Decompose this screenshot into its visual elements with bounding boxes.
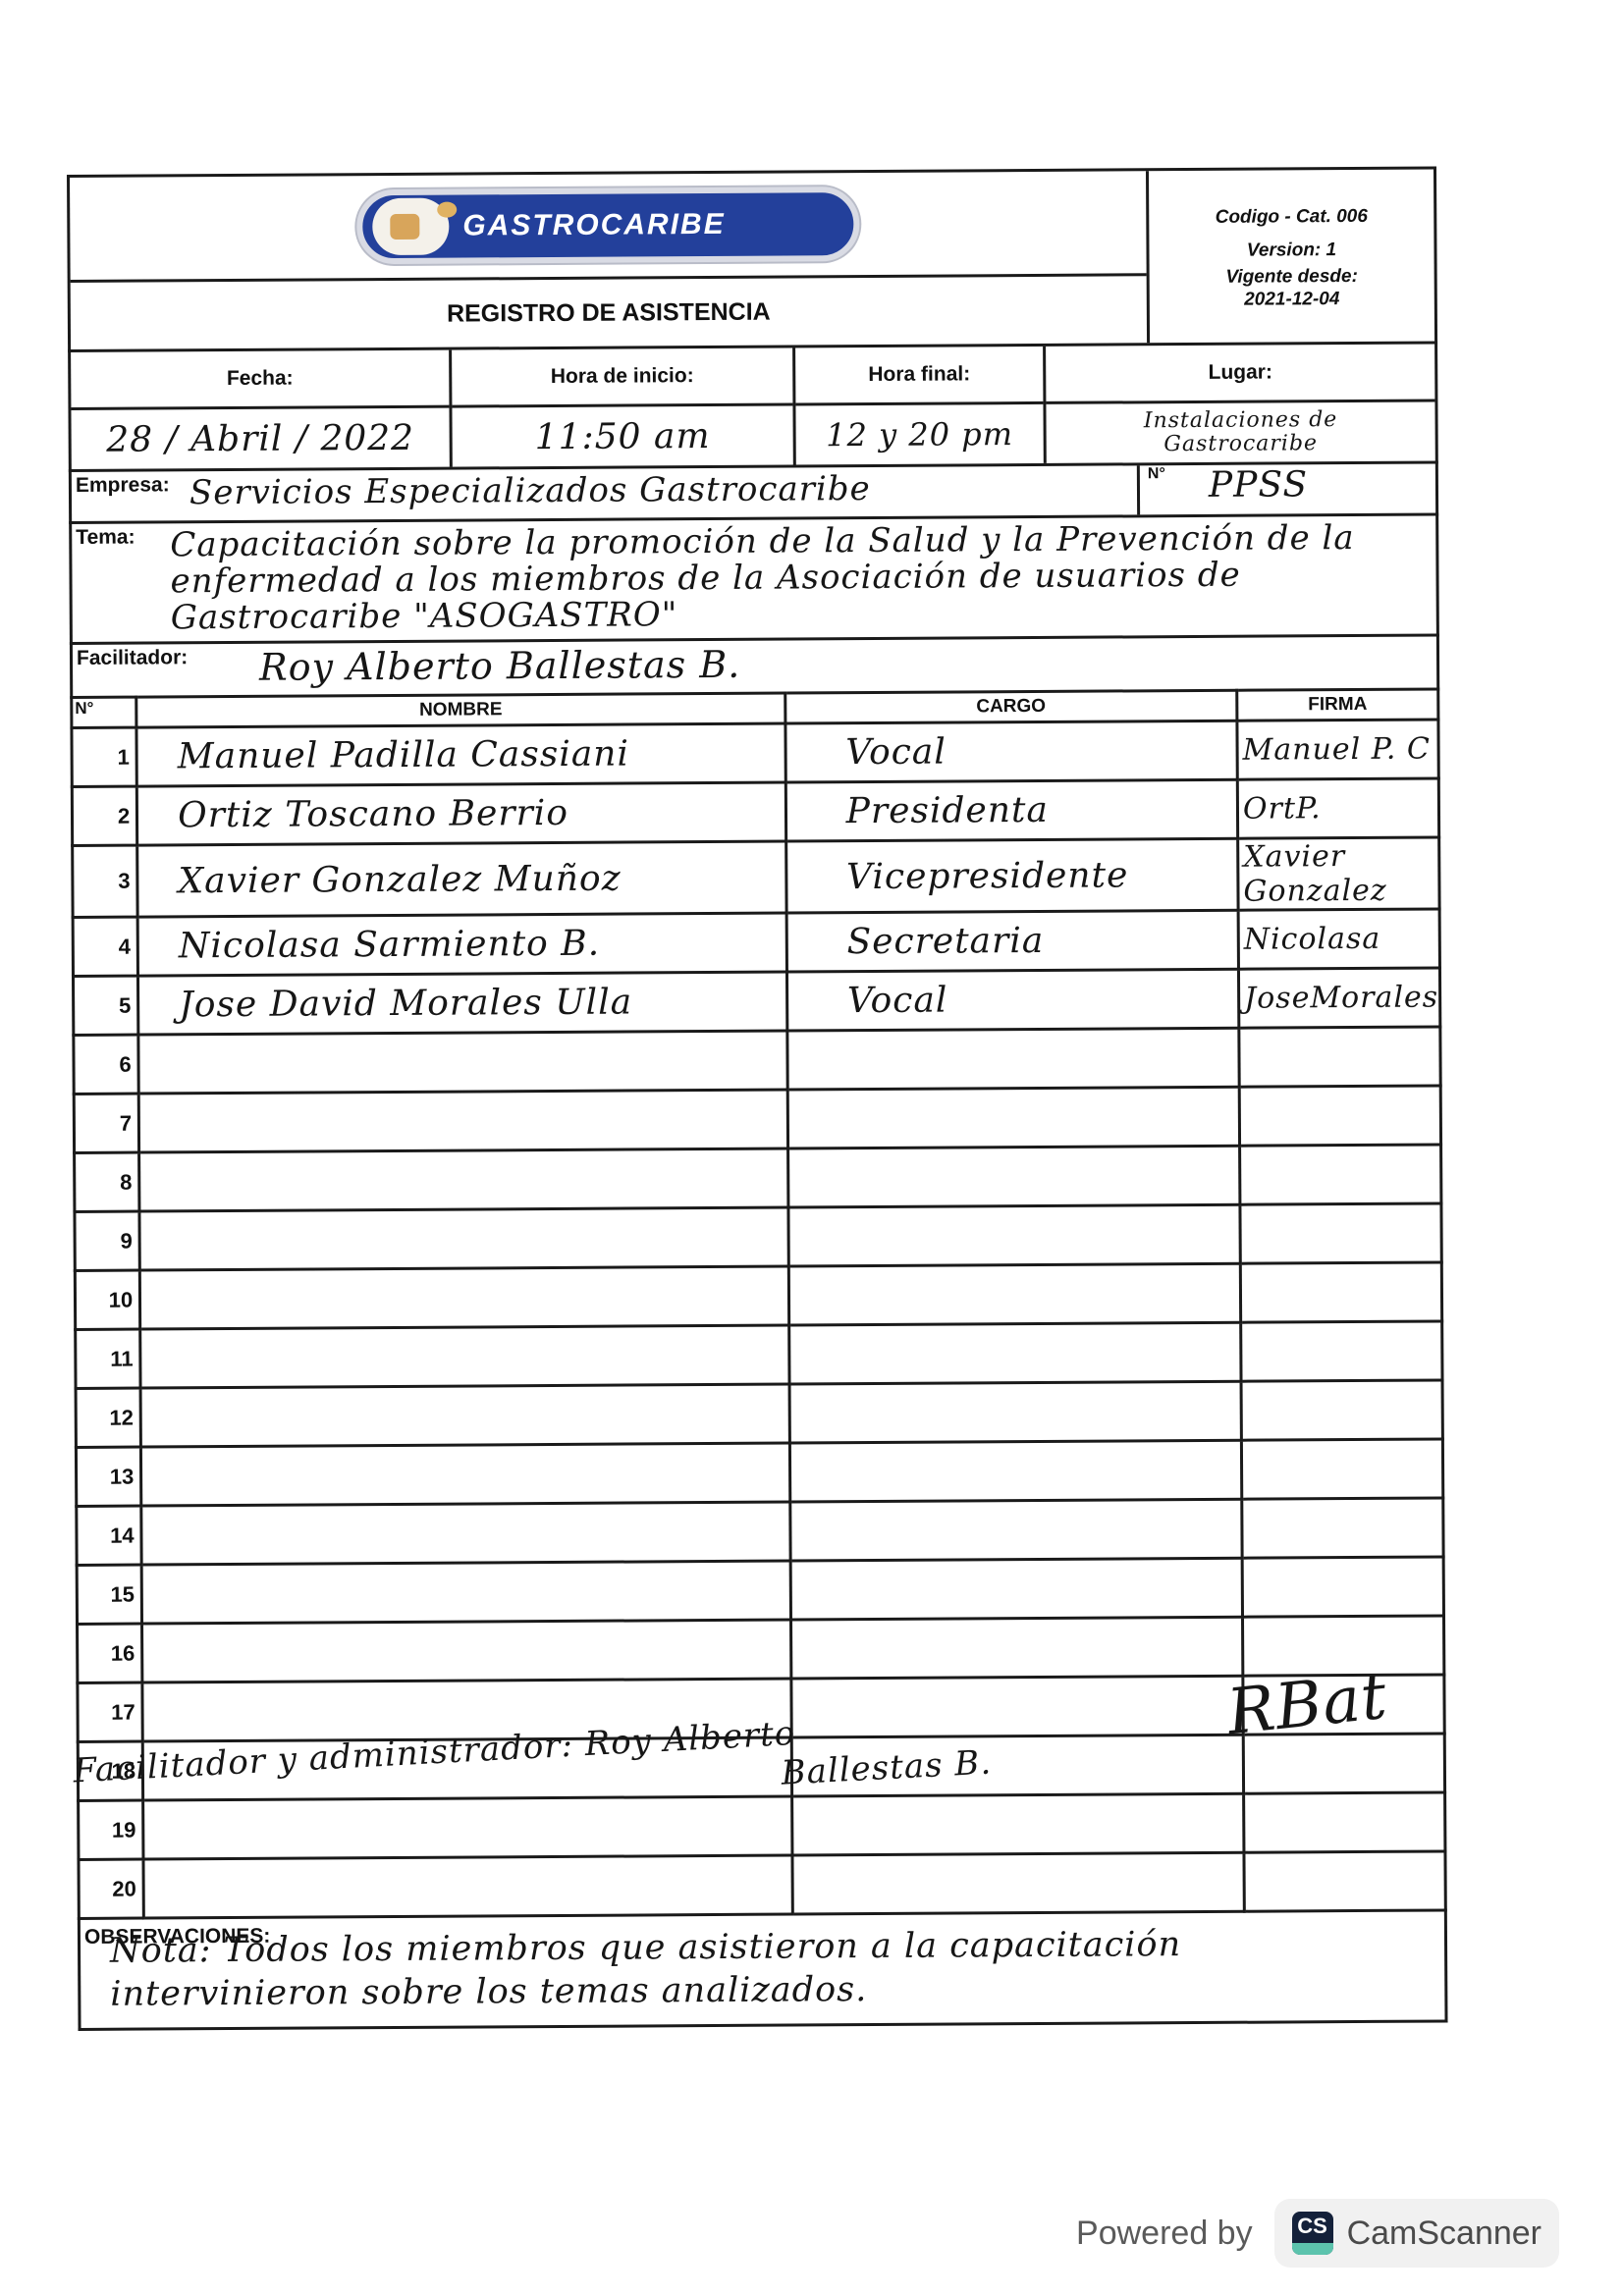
cargo-cell[interactable]	[788, 1263, 1241, 1325]
nombre-cell[interactable]	[139, 1148, 788, 1211]
table-row: 9	[75, 1203, 1441, 1271]
cargo-cell[interactable]: Vicepresidente	[785, 838, 1238, 913]
row-number: 15	[77, 1565, 142, 1624]
nombre-cell[interactable]	[139, 1266, 788, 1329]
row-number: 2	[72, 786, 137, 845]
empresa-row: Empresa: Servicios Especializados Gastro…	[69, 460, 1438, 521]
row-number: 20	[79, 1859, 144, 1918]
powered-by-text: Powered by	[1076, 2215, 1253, 2253]
nombre-cell[interactable]	[141, 1443, 790, 1506]
logo-row: GASTROCARIBE	[70, 171, 1147, 283]
cargo-cell[interactable]: Secretaria	[786, 910, 1239, 972]
row-number: 8	[75, 1152, 140, 1211]
table-row: 15	[77, 1557, 1443, 1625]
firma-cell[interactable]: Manuel P. C	[1237, 720, 1438, 779]
cargo-cell[interactable]	[790, 1558, 1243, 1620]
codigo: Codigo - Cat. 006	[1216, 200, 1368, 234]
empresa-label: Empresa:	[72, 471, 174, 500]
table-row: 6	[74, 1027, 1440, 1095]
camscanner-logo-icon: CS	[1292, 2212, 1333, 2255]
row-number: 11	[76, 1329, 141, 1388]
nombre-cell[interactable]	[140, 1384, 789, 1447]
col-num: N°	[72, 697, 136, 727]
camscanner-name: CamScanner	[1347, 2215, 1542, 2253]
table-row: 7	[74, 1086, 1440, 1153]
nombre-cell[interactable]: Manuel Padilla Cassiani	[136, 723, 785, 786]
logo-emblem-icon	[372, 198, 449, 255]
form-metadata: Codigo - Cat. 006 Version: 1 Vigente des…	[1149, 169, 1434, 343]
firma-cell[interactable]: Nicolasa	[1238, 909, 1439, 969]
nombre-cell[interactable]: Ortiz Toscano Berrio	[136, 782, 785, 845]
row-number: 13	[76, 1447, 141, 1506]
session-info: Fecha: 28 / Abril / 2022 Hora de inicio:…	[68, 341, 1438, 469]
cargo-cell[interactable]	[789, 1381, 1242, 1443]
row-number: 10	[75, 1270, 140, 1329]
nombre-cell[interactable]	[142, 1620, 791, 1682]
cargo-cell[interactable]	[789, 1499, 1242, 1561]
row-number: 3	[73, 845, 138, 917]
firma-cell[interactable]	[1241, 1380, 1442, 1440]
row-number: 14	[77, 1506, 142, 1565]
cargo-cell[interactable]: Vocal	[785, 721, 1238, 782]
row-number: 16	[78, 1624, 143, 1682]
row-number: 12	[76, 1388, 141, 1447]
firma-cell[interactable]: Xavier Gonzalez	[1238, 837, 1439, 910]
lugar-field[interactable]: Instalaciones de Gastrocaribe	[1046, 401, 1434, 462]
nombre-cell[interactable]	[138, 1031, 787, 1094]
nombre-cell[interactable]: Xavier Gonzalez Muñoz	[137, 841, 786, 917]
cargo-cell[interactable]	[791, 1793, 1244, 1855]
gastrocaribe-logo: GASTROCARIBE	[356, 187, 859, 264]
firma-cell[interactable]	[1242, 1557, 1443, 1617]
row-number: 17	[78, 1682, 143, 1741]
fecha-field[interactable]: 28 / Abril / 2022	[71, 408, 449, 469]
nombre-cell[interactable]	[141, 1502, 790, 1565]
cargo-cell[interactable]: Vocal	[786, 969, 1239, 1031]
table-row: 10	[75, 1262, 1441, 1330]
cargo-cell[interactable]	[787, 1087, 1240, 1148]
fecha-label: Fecha:	[71, 350, 449, 410]
firma-cell[interactable]	[1240, 1262, 1441, 1322]
hora-final-field[interactable]: 12 y 20 pm	[795, 404, 1043, 465]
nombre-cell[interactable]: Jose David Morales Ulla	[138, 972, 787, 1035]
lugar-line-2: Gastrocaribe	[1163, 432, 1318, 456]
nombre-cell[interactable]	[138, 1090, 787, 1152]
cargo-cell[interactable]	[787, 1028, 1240, 1090]
cargo-cell[interactable]	[788, 1204, 1241, 1266]
cargo-cell[interactable]	[789, 1440, 1242, 1502]
firma-cell[interactable]	[1242, 1498, 1443, 1558]
tema-row: Tema: Capacitación sobre la promoción de…	[69, 512, 1439, 642]
tema-field[interactable]: Capacitación sobre la promoción de la Sa…	[170, 520, 1427, 637]
table-row: 12	[76, 1380, 1442, 1448]
col-firma: FIRMA	[1237, 689, 1438, 721]
nombre-cell[interactable]	[140, 1325, 789, 1388]
firma-cell[interactable]	[1241, 1439, 1442, 1499]
firma-cell[interactable]	[1239, 1086, 1440, 1146]
cargo-cell[interactable]	[790, 1617, 1243, 1679]
table-row: 4Nicolasa Sarmiento B.SecretariaNicolasa	[73, 909, 1439, 977]
firma-cell[interactable]	[1244, 1851, 1445, 1911]
row-number: 1	[72, 727, 137, 786]
numero-field[interactable]: PPSS	[1209, 464, 1308, 506]
nombre-cell[interactable]	[143, 1855, 792, 1918]
numero-cell: N° PPSS	[1137, 463, 1442, 514]
hora-final-label: Hora final:	[795, 347, 1043, 406]
table-row: 13	[76, 1439, 1442, 1507]
vigente-date: 2021-12-04	[1244, 289, 1339, 311]
firma-cell[interactable]	[1244, 1792, 1445, 1852]
form-title: REGISTRO DE ASISTENCIA	[71, 276, 1147, 349]
firma-cell[interactable]	[1239, 1027, 1440, 1087]
table-row: 16	[78, 1616, 1444, 1683]
cargo-cell[interactable]	[787, 1146, 1240, 1207]
camscanner-watermark: Powered by CS CamScanner	[1076, 2199, 1559, 2268]
observaciones-box: OBSERVACIONES: Nota: Todos los miembros …	[78, 1911, 1448, 2031]
table-row: 11	[76, 1321, 1442, 1389]
table-row: 1Manuel Padilla CassianiVocalManuel P. C	[72, 720, 1438, 787]
cargo-cell[interactable]: Presidenta	[785, 779, 1238, 841]
nombre-cell[interactable]: Nicolasa Sarmiento B.	[137, 913, 786, 976]
nombre-cell[interactable]	[141, 1561, 790, 1624]
brand-name: GASTROCARIBE	[462, 208, 726, 243]
empresa-field[interactable]: Servicios Especializados Gastrocaribe	[189, 469, 871, 512]
row-number: 6	[74, 1035, 139, 1094]
firma-cell[interactable]	[1241, 1321, 1442, 1381]
col-nombre: NOMBRE	[136, 693, 785, 727]
table-row: 8	[75, 1145, 1441, 1212]
col-cargo: CARGO	[784, 690, 1236, 723]
firma-cell[interactable]: OrtP.	[1237, 778, 1438, 838]
cargo-cell[interactable]	[792, 1852, 1245, 1914]
row-number: 9	[75, 1211, 140, 1270]
hora-inicio-label: Hora de inicio:	[452, 347, 792, 407]
vigente-label: Vigente desde:	[1225, 266, 1358, 290]
tema-label: Tema:	[72, 524, 138, 552]
hora-inicio-field[interactable]: 11:50 am	[452, 405, 792, 466]
lugar-line-1: Instalaciones de	[1144, 408, 1338, 433]
cargo-cell[interactable]	[788, 1322, 1241, 1384]
table-row: 5Jose David Morales UllaVocalJoseMorales	[73, 968, 1439, 1036]
nombre-cell[interactable]	[139, 1207, 788, 1270]
observaciones-field[interactable]: Nota: Todos los miembros que asistieron …	[110, 1922, 1434, 2016]
version: Version: 1	[1247, 234, 1336, 267]
facilitador-row: Facilitador: Roy Alberto Ballestas B.	[70, 633, 1439, 696]
table-row: 20	[79, 1851, 1445, 1919]
camscanner-badge[interactable]: CS CamScanner	[1274, 2199, 1559, 2268]
row-number: 7	[74, 1094, 139, 1152]
table-row: 3Xavier Gonzalez MuñozVicepresidenteXavi…	[73, 837, 1439, 918]
firma-cell[interactable]	[1240, 1203, 1441, 1263]
row-number: 5	[73, 976, 138, 1035]
facilitador-field[interactable]: Roy Alberto Ballestas B.	[259, 643, 740, 689]
table-row: 2Ortiz Toscano BerrioPresidentaOrtP.	[72, 778, 1438, 846]
row-number: 4	[73, 917, 138, 976]
numero-label: N°	[1148, 465, 1165, 482]
table-row: 14	[77, 1498, 1443, 1566]
firma-cell[interactable]	[1240, 1145, 1441, 1204]
lugar-label: Lugar:	[1046, 344, 1434, 403]
facilitador-label: Facilitador:	[73, 644, 191, 672]
form-header: GASTROCARIBE REGISTRO DE ASISTENCIA Codi…	[67, 166, 1437, 349]
firma-cell[interactable]: JoseMorales	[1238, 968, 1439, 1028]
